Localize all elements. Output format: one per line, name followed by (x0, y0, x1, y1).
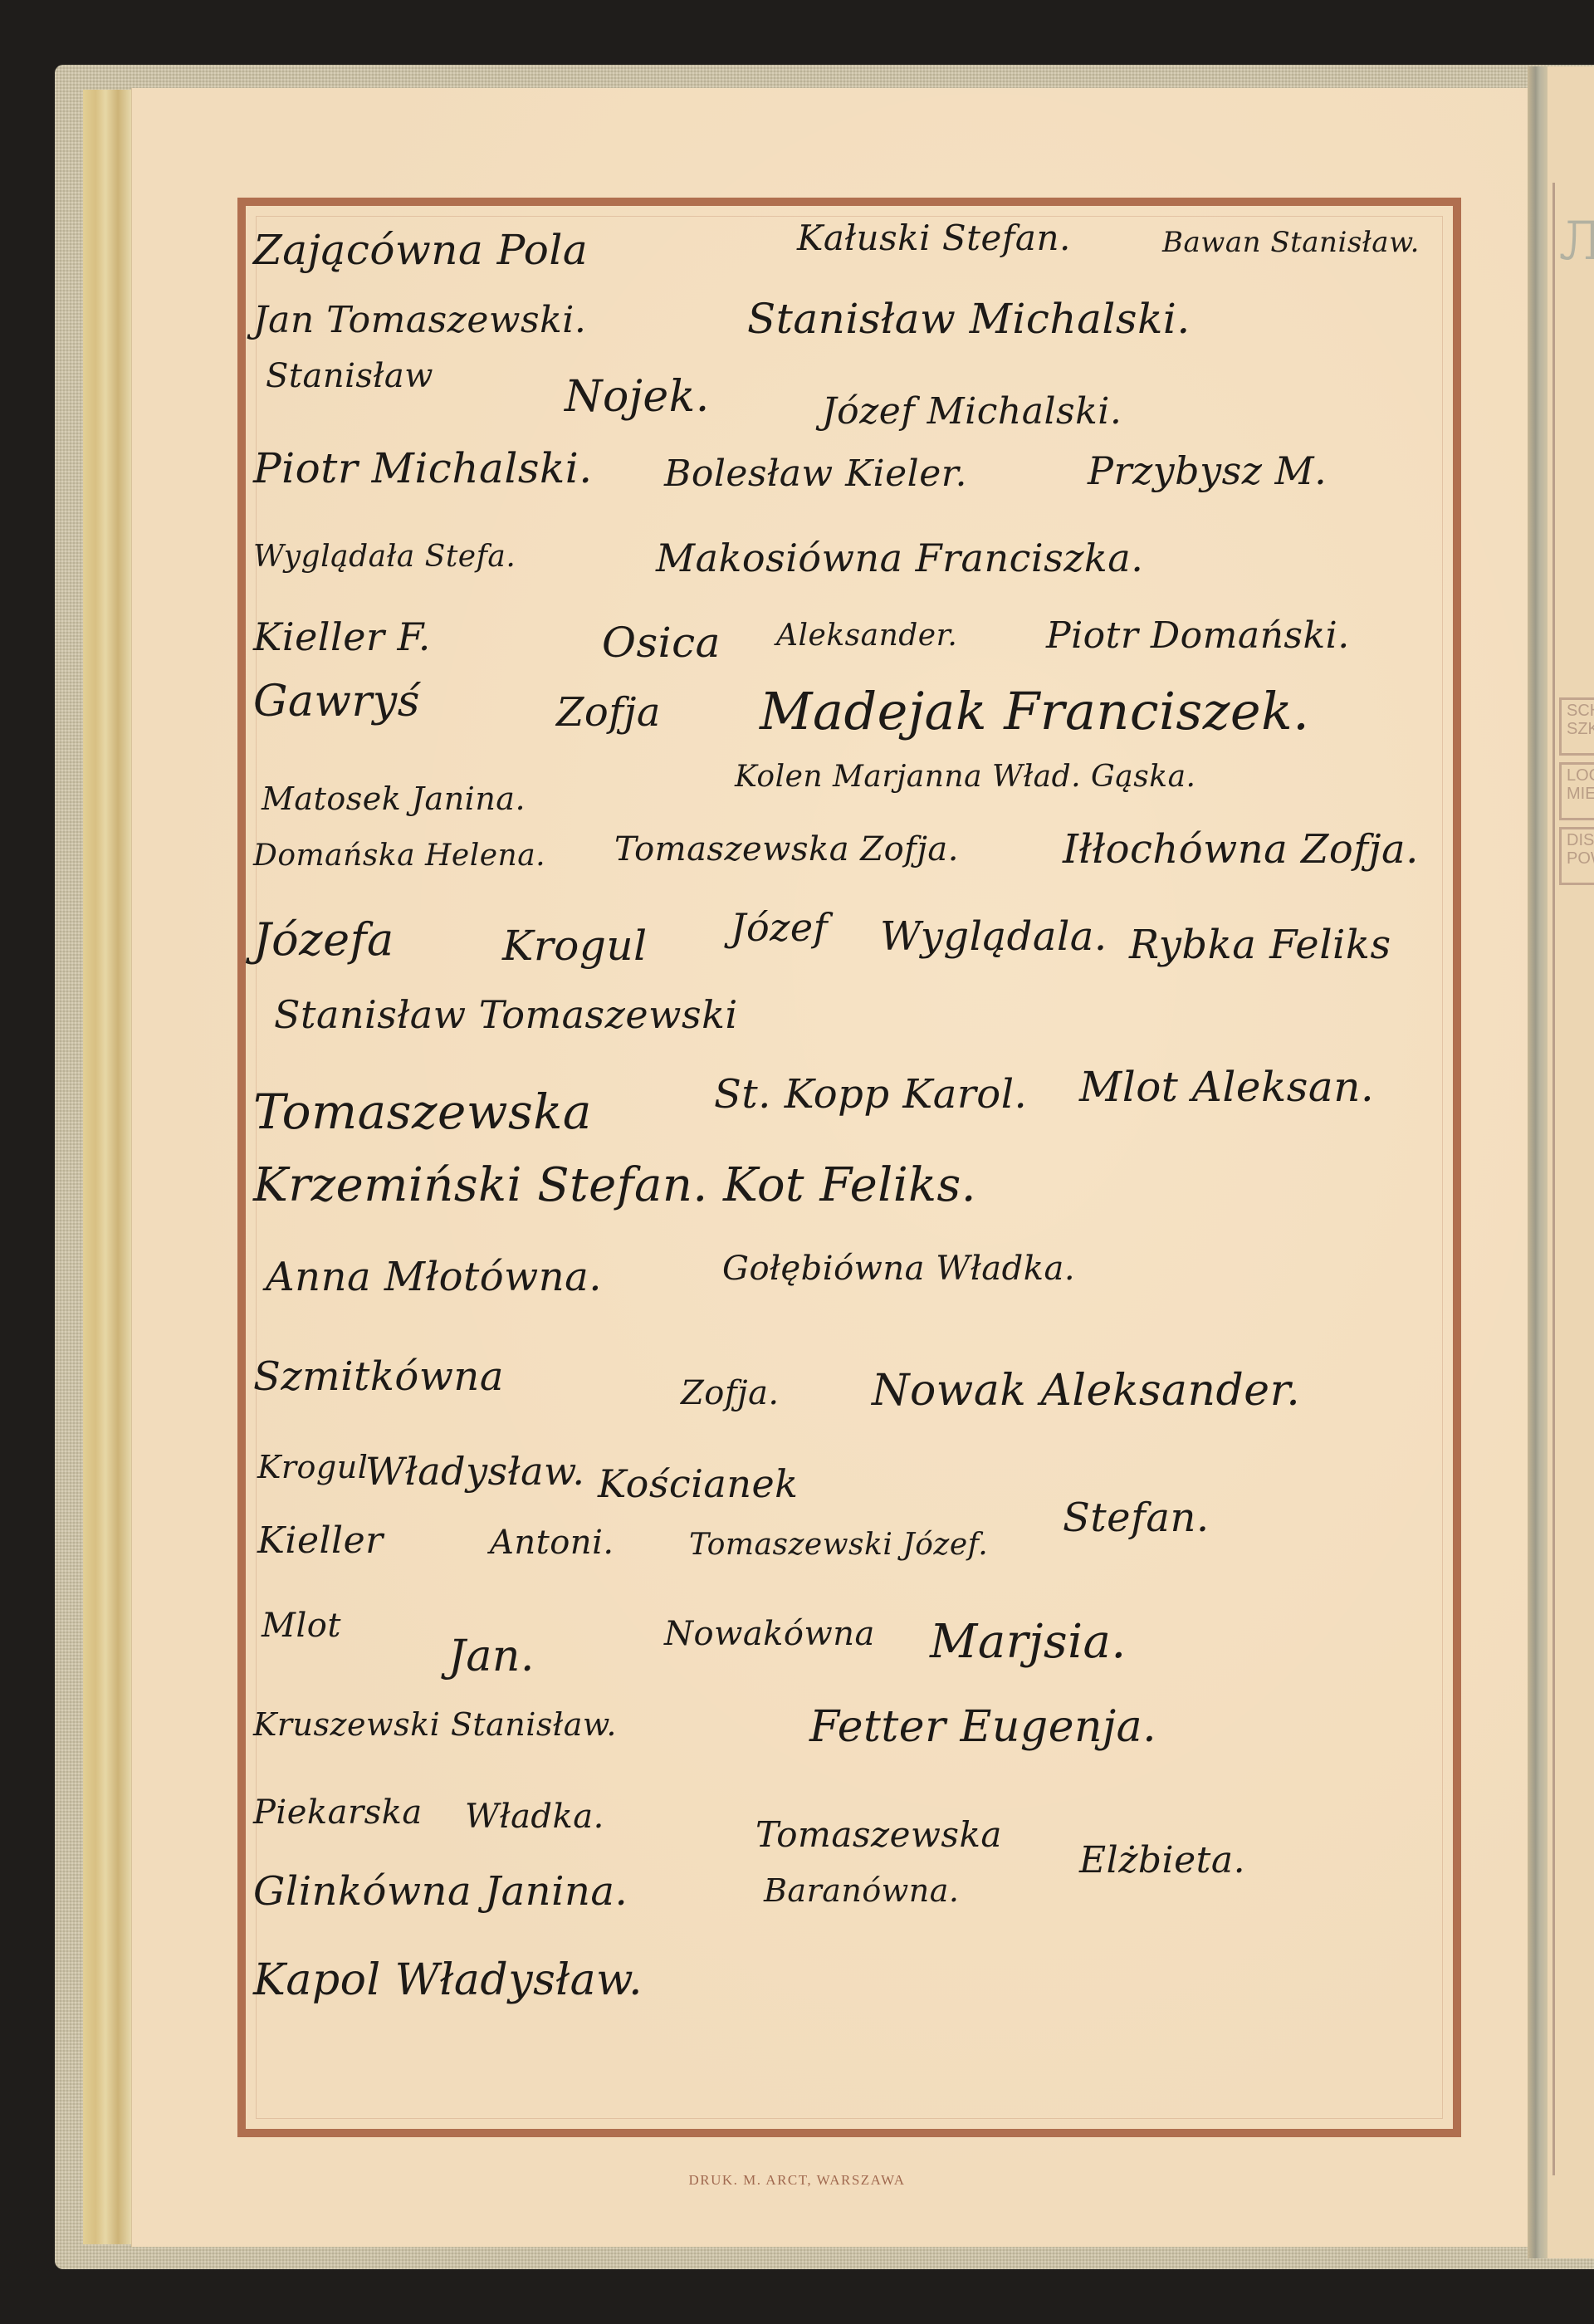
signature: Kruszewski Stanisław. (253, 1706, 617, 1743)
signature: Kapol Władysław. (253, 1955, 643, 2005)
signature: Matosek Janina. (262, 780, 526, 817)
signature: Krogul (257, 1449, 368, 1485)
signature: Nowak Aleksander. (872, 1366, 1300, 1416)
signature: Władka. (465, 1798, 604, 1836)
adjacent-label-district: DISTR POW (1559, 827, 1594, 885)
signature: Wyglądała Stefa. (253, 540, 516, 574)
signature: Józef Michalski. (822, 390, 1122, 433)
adjacent-label-locality: LOCA MIEJS (1559, 762, 1594, 820)
signature: Bawan Stanisław. (1162, 226, 1420, 259)
signature: Rybka Feliks (1129, 922, 1391, 968)
signature: Piekarska (253, 1793, 423, 1832)
signature: Bolesław Kieler. (664, 453, 967, 495)
signature: Makosiówna Franciszka. (656, 536, 1143, 580)
signature: Zofja (556, 689, 661, 736)
signature: Osica (602, 619, 721, 667)
signature: Jan Tomaszewski. (253, 299, 586, 341)
signature: Stanisław Michalski. (747, 295, 1191, 343)
signature: Tomaszewska Zofja. (614, 830, 959, 868)
signature: Kieller F. (253, 614, 431, 659)
signature: Baranówna. (764, 1872, 960, 1909)
adjacent-page: ЛЛЛ SCHO SZKO LOCA MIEJS DISTR POW (1548, 66, 1594, 2258)
book-gutter (1528, 66, 1548, 2258)
signature: Antoni. (490, 1524, 614, 1562)
adjacent-label-school: SCHO SZKO (1559, 697, 1594, 756)
signature: Tomaszewski Józef. (689, 1528, 988, 1562)
signature: Tomaszewska (253, 1084, 592, 1140)
signature: Krzemiński Stefan. Kot Feliks. (253, 1158, 976, 1212)
signature: Krogul (502, 922, 648, 970)
signature: Gawryś (253, 677, 420, 727)
signature: Anna Młotówna. (266, 1254, 602, 1300)
signature: Józef (731, 905, 828, 950)
signature: Marjsia. (930, 1615, 1127, 1669)
signature: Zającówna Pola (253, 226, 588, 274)
signature: Jan. (448, 1632, 535, 1681)
signature: Glinkówna Janina. (253, 1868, 628, 1915)
page-edges (83, 90, 133, 2244)
signature: Piotr Domański. (1046, 614, 1350, 657)
signature: Kościanek (598, 1461, 799, 1506)
signature: St. Kopp Karol. (714, 1071, 1027, 1118)
signature: Stanisław Tomaszewski (274, 992, 738, 1037)
signature: Madejak Franciszek. (760, 681, 1309, 741)
signature: Stanisław (266, 357, 433, 395)
signature: Kieller (257, 1519, 384, 1562)
signature: Kałuski Stefan. (797, 218, 1071, 258)
signature: Stefan. (1063, 1495, 1210, 1541)
signature: Elżbieta. (1079, 1839, 1245, 1881)
signature: Przybysz M. (1088, 448, 1327, 493)
signature: Wyglądala. (880, 913, 1107, 960)
signature: Tomaszewska (755, 1814, 1002, 1855)
signature: Aleksander. (776, 619, 957, 653)
ornament-icon: ЛЛЛ (1559, 216, 1594, 531)
signature: Domańska Helena. (253, 839, 545, 873)
signature: Nojek. (565, 372, 710, 422)
signature: Iłłochówna Zofja. (1063, 826, 1419, 873)
signature: Piotr Michalski. (253, 444, 593, 492)
printer-imprint: DRUK. M. ARCT, WARSZAWA (0, 2172, 1594, 2189)
signature: Gołębiówna Władka. (722, 1250, 1075, 1288)
signature: Zofja. (681, 1374, 780, 1412)
signature: Władysław. (365, 1449, 585, 1494)
signature: Fetter Eugenja. (809, 1702, 1156, 1752)
signature: Kolen Marjanna Wład. Gąska. (735, 760, 1195, 794)
signature: Nowakówna (664, 1615, 875, 1653)
signature: Mlot Aleksan. (1079, 1063, 1374, 1111)
signature: Józefa (253, 913, 394, 966)
signature: Szmitkówna (253, 1353, 504, 1400)
signature: Mlot (262, 1607, 341, 1645)
